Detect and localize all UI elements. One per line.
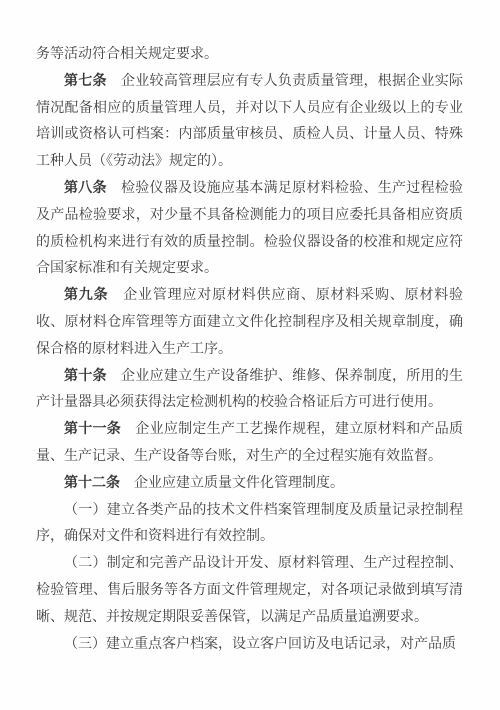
article-number: 第十条 (64, 369, 107, 384)
paragraph: 第十条 企业应建立生产设备维护、维修、保养制度，所用的生产计量器具必须获得法定检… (36, 364, 463, 418)
paragraph: （一）建立各类产品的技术文件档案管理制度及质量记录控制程序，确保对文件和资料进行… (36, 498, 463, 552)
paragraph: （二）制定和完善产品设计开发、原材料管理、生产过程控制、检验管理、售后服务等各方… (36, 551, 463, 631)
paragraph: 第九条 企业管理应对原材料供应商、原材料采购、原材料验收、原材料仓库管理等方面建… (36, 283, 463, 363)
paragraph: 第十二条 企业应建立质量文件化管理制度。 (36, 471, 463, 498)
document-body: 务等活动符合相关规定要求。第七条 企业较高管理层应有专人负责质量管理，根据企业实… (36, 42, 463, 658)
article-number: 第九条 (64, 288, 108, 303)
text-run: 企业应建立质量文件化管理制度。 (120, 476, 344, 491)
article-number: 第十一条 (64, 422, 121, 437)
paragraph: 务等活动符合相关规定要求。 (36, 42, 463, 69)
paragraph: 第七条 企业较高管理层应有专人负责质量管理，根据企业实际情况配备相应的质量管理人… (36, 69, 463, 176)
paragraph: 第八条 检验仪器及设施应基本满足原材料检验、生产过程检验及产品检验要求，对少量不… (36, 176, 463, 283)
article-number: 第七条 (64, 74, 107, 89)
article-number: 第八条 (64, 181, 107, 196)
paragraph: （三）建立重点客户档案，设立客户回访及电话记录，对产品质 (36, 632, 463, 659)
text-run: （一）建立各类产品的技术文件档案管理制度及质量记录控制程序，确保对文件和资料进行… (36, 503, 463, 545)
text-run: 务等活动符合相关规定要求。 (36, 47, 218, 62)
document-page: 务等活动符合相关规定要求。第七条 企业较高管理层应有专人负责质量管理，根据企业实… (0, 0, 500, 710)
text-run: （三）建立重点客户档案，设立客户回访及电话记录，对产品质 (64, 637, 456, 652)
article-number: 第十二条 (64, 476, 120, 491)
paragraph: 第十一条 企业应制定生产工艺操作规程，建立原材料和产品质量、生产记录、生产设备等… (36, 417, 463, 471)
text-run: （二）制定和完善产品设计开发、原材料管理、生产过程控制、检验管理、售后服务等各方… (36, 556, 463, 625)
